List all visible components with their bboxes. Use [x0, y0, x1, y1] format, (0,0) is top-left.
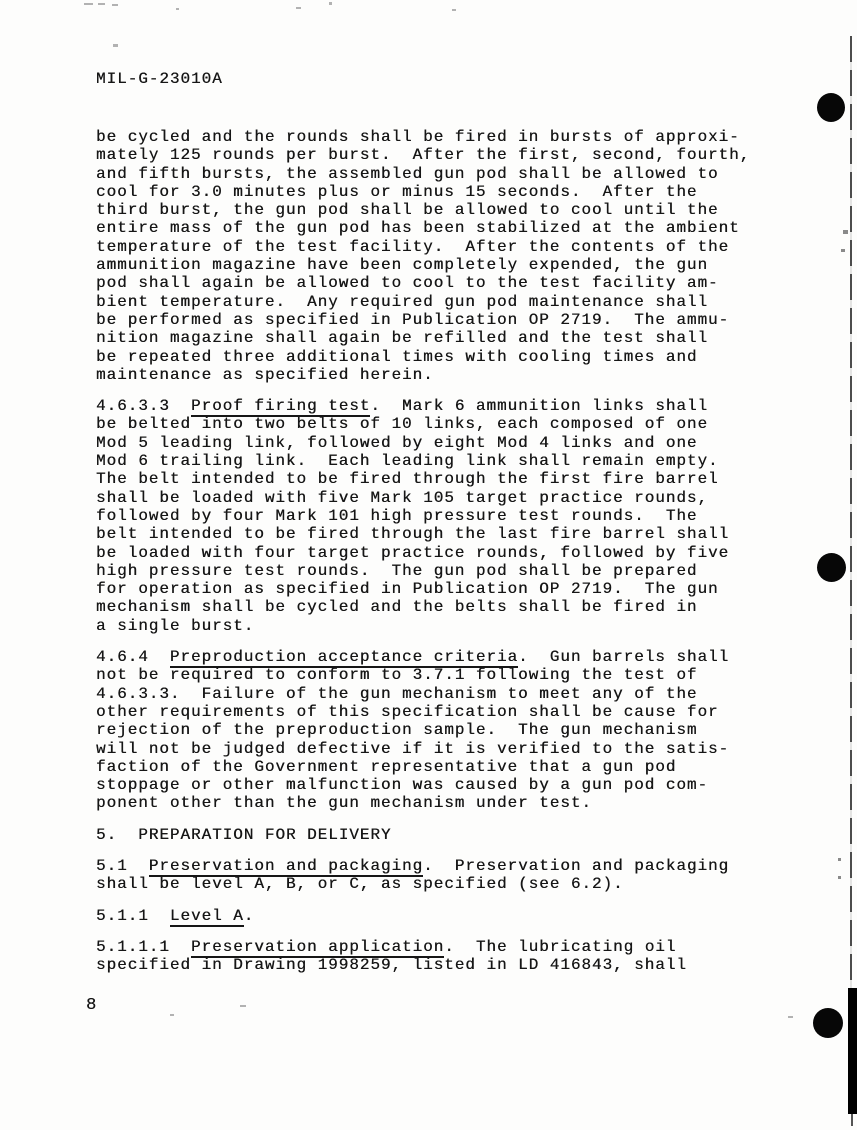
scan-speck: [112, 4, 118, 6]
scan-edge-bar: [848, 988, 857, 1114]
scan-speck: [841, 249, 845, 252]
spec-number: MIL-G-23010A: [96, 70, 223, 88]
section-number: 4.6.4: [96, 648, 170, 666]
document-body: be cycled and the rounds shall be fired …: [96, 128, 786, 987]
section-number: 4.6.3.3: [96, 397, 191, 415]
scan-speck: [329, 2, 332, 5]
section-number: 5.1.1: [96, 907, 170, 925]
scan-speck: [170, 1014, 174, 1016]
punch-dot-bottom: [813, 1008, 843, 1038]
scan-speck: [113, 44, 118, 47]
scan-speck: [176, 8, 179, 10]
paragraph-5-1-1: 5.1.1 Level A.: [96, 907, 786, 925]
scan-speck: [98, 3, 105, 5]
punch-dot-top: [817, 93, 845, 122]
section-title: Level A: [170, 907, 244, 927]
page-number: 8: [86, 996, 97, 1015]
paragraph: be cycled and the rounds shall be fired …: [96, 128, 786, 384]
paragraph-text: . Mark 6 ammunition links shall be belte…: [96, 397, 729, 635]
paragraph-4-6-3-3: 4.6.3.3 Proof firing test. Mark 6 ammuni…: [96, 397, 786, 635]
scan-speck: [452, 9, 456, 11]
paragraph-5: 5. PREPARATION FOR DELIVERY: [96, 826, 786, 844]
section-number: 5.: [96, 826, 138, 844]
section-title: Preservation application: [191, 938, 444, 958]
section-title: Preproduction acceptance criteria: [170, 648, 518, 668]
paragraph-text: .: [244, 907, 255, 925]
scan-speck: [240, 1005, 246, 1007]
paragraph-text: . Gun barrels shall not be required to c…: [96, 648, 729, 812]
scan-edge-line: [850, 36, 852, 988]
paragraph-text: PREPARATION FOR DELIVERY: [138, 826, 391, 844]
punch-dot-middle: [817, 553, 846, 582]
document-page: MIL-G-23010A be cycled and the rounds sh…: [0, 0, 857, 1130]
section-title: Preservation and packaging: [149, 857, 423, 877]
section-number: 5.1: [96, 857, 149, 875]
section-title: Proof firing test: [191, 397, 370, 417]
paragraph-4-6-4: 4.6.4 Preproduction acceptance criteria.…: [96, 648, 786, 813]
scan-speck: [296, 7, 301, 9]
scan-speck: [84, 3, 93, 5]
paragraph-text: be cycled and the rounds shall be fired …: [96, 128, 750, 384]
paragraph-5-1-1-1: 5.1.1.1 Preservation application. The lu…: [96, 938, 786, 975]
scan-speck: [838, 858, 841, 861]
paragraph-5-1: 5.1 Preservation and packaging. Preserva…: [96, 857, 786, 894]
scan-edge-line-tail: [851, 1114, 853, 1126]
section-number: 5.1.1.1: [96, 938, 191, 956]
scan-speck: [843, 230, 848, 234]
scan-speck: [788, 1016, 793, 1018]
scan-speck: [838, 876, 841, 879]
